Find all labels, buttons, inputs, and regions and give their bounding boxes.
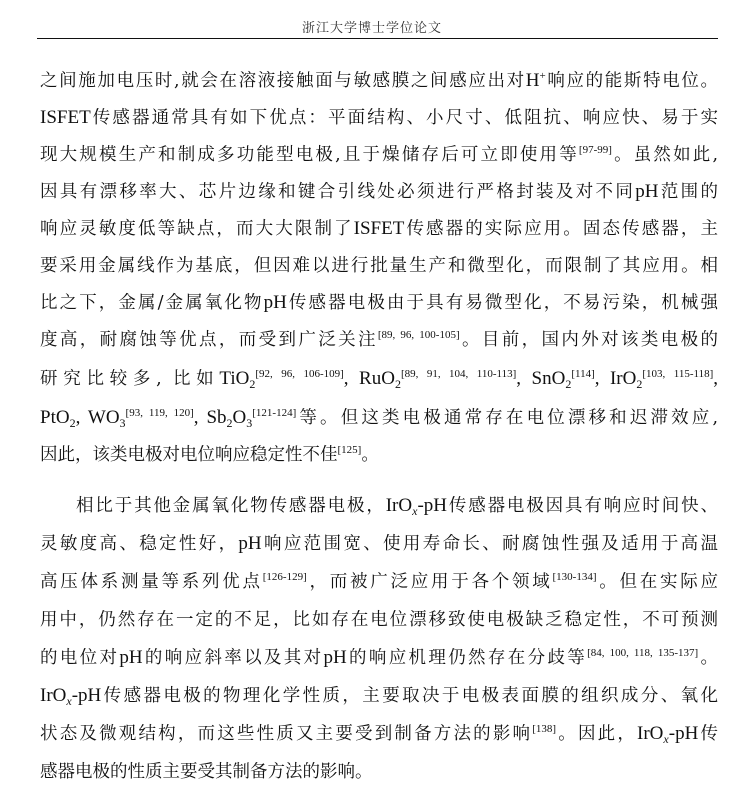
citation: [138] <box>532 723 556 735</box>
thesis-header-title: 浙江大学博士学位论文 <box>0 17 744 36</box>
citation: [114] <box>571 368 594 380</box>
text-span: 的电位对 <box>40 648 119 668</box>
text-line: 高压体系测量等系列优点[126-129]，而被广泛应用于各个领域[130-134… <box>40 571 718 593</box>
text-line: 因具有漂移率大、芯片边缘和键合引线处必须进行严格封装及对不同pH范围的 <box>40 181 718 203</box>
citation: [92, 96, 106-109] <box>255 368 343 380</box>
text-line: 用中，仍然存在一定的不足，比如存在电位漂移致使电极缺乏稳定性，不可预测 <box>40 609 718 631</box>
text-span: 。目前，国内外对该类电极的 <box>460 330 718 350</box>
latin-text: pH <box>323 647 346 668</box>
text-span: 感器电极的性质主要受其制备方法的影响。 <box>40 762 373 782</box>
citation: [126-129] <box>263 571 307 583</box>
citation: [97-99] <box>579 144 612 156</box>
latin-text: IrO <box>386 495 412 516</box>
text-span: 灵敏度高、稳定性好， <box>40 534 238 554</box>
formula-sno2: SnO2[114] <box>532 368 595 389</box>
text-line: 要采用金属线作为基底，但因难以进行批量生产和微型化，而限制了其应用。相 <box>40 255 718 277</box>
text-line: 研究比较多, 比如TiO2[92, 96, 106-109], RuO2[89,… <box>40 368 718 390</box>
text-span: 范围的 <box>658 182 718 202</box>
text-line: 比之下，金属/金属氧化物pH传感器电极由于具有易微型化，不易污染，机械强 <box>40 292 718 314</box>
citation: [125] <box>338 444 362 456</box>
text-span: 用中，仍然存在一定的不足，比如存在电位漂移致使电极缺乏稳定性，不可预测 <box>40 610 718 630</box>
text-span: 。但在实际应 <box>597 572 719 592</box>
text-span: 度高，耐腐蚀等优点，而受到广泛关注 <box>40 330 378 350</box>
text-span: 传感器通常具有如下优点：平面结构、小尺寸、低阻抗、响应快、易于实 <box>91 108 718 128</box>
text-span: 。因此， <box>556 724 637 744</box>
text-span: 传感器电极因具有响应时间快、 <box>447 496 718 516</box>
text-line: 现大规模生产和制成多功能型电极,且于燥储存后可立即使用等[97-99]。虽然如此… <box>40 144 718 166</box>
text-span: 传感器电极由于具有易微型化，不易污染，机械强 <box>287 293 718 313</box>
latin-text: pH <box>264 292 287 313</box>
text-span: 研究比较多, 比如 <box>40 369 219 389</box>
header-divider <box>37 38 718 39</box>
formula-wo3: WO3[93, 119, 120] <box>88 407 194 428</box>
formula-sb2o3: Sb2O3[121-124] <box>206 407 296 428</box>
citation: [89, 91, 104, 110-113] <box>401 368 516 380</box>
latin-text: ISFET <box>40 107 91 128</box>
text-span: 相比于其他金属氧化物传感器电极， <box>76 496 386 516</box>
text-line: PtO2, WO3[93, 119, 120], Sb2O3[121-124]等… <box>40 407 718 429</box>
text-line: 相比于其他金属氧化物传感器电极，IrOx-pH传感器电极因具有响应时间快、 <box>76 495 718 517</box>
text-line: ISFET传感器通常具有如下优点：平面结构、小尺寸、低阻抗、响应快、易于实 <box>40 107 718 129</box>
citation: [103, 115-118] <box>642 368 713 380</box>
latin-text: pH <box>119 647 142 668</box>
latin-text: H <box>526 70 540 91</box>
text-line: 感器电极的性质主要受其制备方法的影响。 <box>40 761 718 783</box>
citation: [130-134] <box>553 571 597 583</box>
formula-pto2: PtO2 <box>40 407 76 428</box>
formula-tio2: TiO2[92, 96, 106-109] <box>219 368 343 389</box>
text-span: 的响应斜率以及其对 <box>143 648 324 668</box>
latin-text: IrO <box>637 723 663 744</box>
text-span: 状态及微观结构，而这些性质又主要受到制备方法的影响 <box>40 724 532 744</box>
text-line: 状态及微观结构，而这些性质又主要受到制备方法的影响[138]。因此，IrOx-p… <box>40 723 718 745</box>
text-span: 。虽然如此, <box>612 145 718 165</box>
text-line: 度高，耐腐蚀等优点，而受到广泛关注[89, 96, 100-105]。目前，国内… <box>40 329 718 351</box>
citation: [121-124] <box>252 407 296 419</box>
text-line: 灵敏度高、稳定性好，pH响应范围宽、使用寿命长、耐腐蚀性强及适用于高温 <box>40 533 718 555</box>
text-span: 传感器电极的物理化学性质，主要取决于电极表面膜的组织成分、氧化 <box>101 686 718 706</box>
formula-ruo2: RuO2[89, 91, 104, 110-113] <box>359 368 516 389</box>
latin-text: pH <box>238 533 261 554</box>
text-span: ，而被广泛应用于各个领域 <box>307 572 553 592</box>
citation: [89, 96, 100-105] <box>378 329 460 341</box>
latin-text: pH <box>635 181 658 202</box>
text-span: 因具有漂移率大、芯片边缘和键合引线处必须进行严格封装及对不同 <box>40 182 635 202</box>
text-span: 因此，该类电极对电位响应稳定性不佳 <box>40 445 338 465</box>
text-line: 因此，该类电极对电位响应稳定性不佳[125]。 <box>40 444 718 466</box>
text-span: 现大规模生产和制成多功能型电极,且于燥储存后可立即使用等 <box>40 145 579 165</box>
text-line: IrOx-pH传感器电极的物理化学性质，主要取决于电极表面膜的组织成分、氧化 <box>40 685 718 707</box>
latin-text: -pH <box>669 723 699 744</box>
formula-iro2: IrO2[103, 115-118] <box>610 368 713 389</box>
latin-text: ISFET <box>354 218 405 239</box>
latin-text: -pH <box>72 685 102 706</box>
text-span: 传 <box>698 724 718 744</box>
text-span: 。 <box>698 648 718 668</box>
text-span: 等。但这类电极通常存在电位漂移和迟滞效应, <box>296 408 718 428</box>
latin-text: -pH <box>417 495 447 516</box>
text-span: 响应范围宽、使用寿命长、耐腐蚀性强及适用于高温 <box>262 534 718 554</box>
text-span: 的响应机理仍然存在分歧等 <box>347 648 587 668</box>
text-span: 响应灵敏度低等缺点，而大大限制了 <box>40 219 354 239</box>
text-span: 传感器的实际应用。固态传感器，主 <box>404 219 718 239</box>
latin-text: IrO <box>40 685 66 706</box>
text-span: 。 <box>361 445 379 465</box>
citation: [93, 119, 120] <box>126 407 194 419</box>
text-span: 响应的能斯特电位。 <box>546 71 718 91</box>
citation: [84, 100, 118, 135-137] <box>587 647 698 659</box>
text-span: 要采用金属线作为基底，但因难以进行批量生产和微型化，而限制了其应用。相 <box>40 256 718 276</box>
text-span: 比之下，金属/金属氧化物 <box>40 293 264 313</box>
text-line: 响应灵敏度低等缺点，而大大限制了ISFET传感器的实际应用。固态传感器，主 <box>40 218 718 240</box>
text-line: 的电位对pH的响应斜率以及其对pH的响应机理仍然存在分歧等[84, 100, 1… <box>40 647 718 669</box>
text-span: 高压体系测量等系列优点 <box>40 572 263 592</box>
text-line: 之间施加电压时,就会在溶液接触面与敏感膜之间感应出对H+响应的能斯特电位。 <box>40 70 718 92</box>
text-span: 之间施加电压时,就会在溶液接触面与敏感膜之间感应出对 <box>40 71 526 91</box>
